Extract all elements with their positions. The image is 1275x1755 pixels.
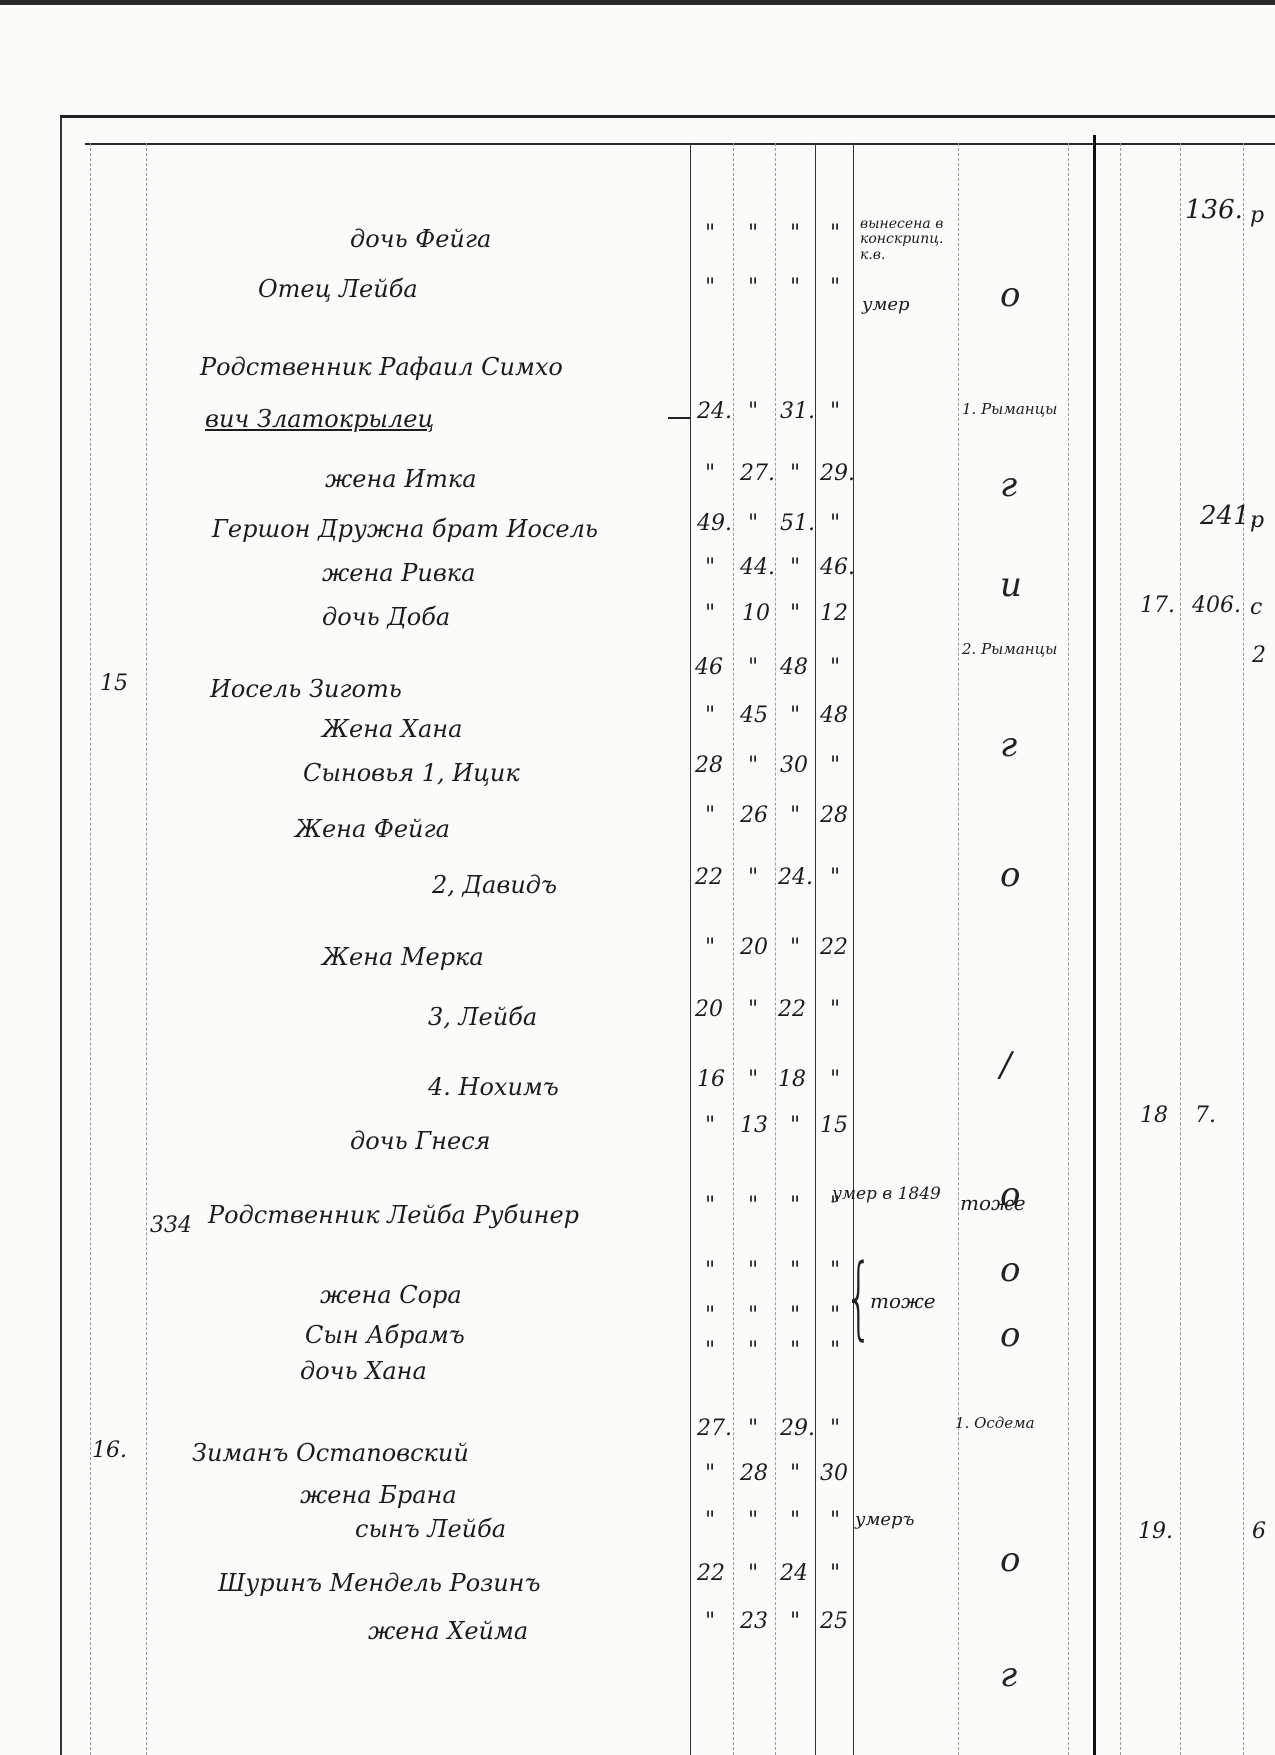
vertical-annotation-char: о <box>1000 1250 1020 1290</box>
vertical-annotation-char: и <box>1000 565 1022 605</box>
age-a: 28 <box>695 755 723 777</box>
col-line-right-a <box>1120 143 1122 1755</box>
age-d: " <box>830 513 840 535</box>
col-line-side <box>958 143 960 1755</box>
age-c: " <box>790 603 800 625</box>
col-line-right-b <box>1180 143 1182 1755</box>
entry-name: 4. Нохимъ <box>428 1075 559 1099</box>
side-note: 2. Рыманцы <box>962 641 1057 658</box>
age-a: 20 <box>695 999 723 1021</box>
age-a: " <box>705 705 715 727</box>
age-c: " <box>790 223 800 245</box>
right-b: 7. <box>1195 1105 1216 1127</box>
entry-name: сынъ Лейба <box>355 1517 506 1541</box>
age-a: " <box>705 1115 715 1137</box>
age-b: " <box>748 867 758 889</box>
entry-name: дочь Хана <box>300 1359 427 1383</box>
age-b: " <box>748 223 758 245</box>
age-c: " <box>790 805 800 827</box>
entry-name-line2: вич Златокрылец <box>205 407 434 431</box>
age-c: " <box>790 463 800 485</box>
entry-name: Жена Хана <box>322 717 462 741</box>
age-d: 28 <box>820 805 848 827</box>
age-d: 25 <box>820 1611 848 1633</box>
age-d: " <box>830 867 840 889</box>
age-a: 22 <box>695 867 723 889</box>
side-note: 1. Осдема <box>955 1415 1035 1432</box>
entry-name: Родственник Лейба Рубинер <box>208 1203 579 1227</box>
age-b: " <box>748 401 758 423</box>
entry-name: жена Сора <box>320 1283 462 1307</box>
age-b: 44. <box>740 557 775 579</box>
age-c: " <box>790 1260 800 1282</box>
age-c: 22 <box>778 999 806 1021</box>
age-c: 24 <box>780 1563 808 1585</box>
vertical-annotation-char: о <box>1000 1175 1020 1215</box>
age-c: 48 <box>780 657 808 679</box>
age-a: 46 <box>695 657 723 679</box>
age-a: " <box>705 1611 715 1633</box>
age-a: " <box>705 1340 715 1362</box>
right-c: р <box>1250 510 1264 532</box>
entry-name: Сыновья 1, Ицик <box>303 761 520 785</box>
right-c: с <box>1250 597 1262 619</box>
vertical-annotation-char: о <box>1000 1315 1020 1355</box>
frame-top-line <box>60 115 1275 118</box>
age-b: 20 <box>740 937 768 959</box>
age-a: " <box>705 805 715 827</box>
age-c: " <box>790 277 800 299</box>
age-d: 15 <box>820 1115 848 1137</box>
entry-name: дочь Фейга <box>350 227 491 251</box>
age-b: " <box>748 1305 758 1327</box>
vertical-annotation-char: о <box>1000 275 1020 315</box>
vertical-annotation-char: г <box>1000 725 1017 765</box>
col-line-remark <box>853 143 854 1755</box>
age-b: " <box>748 1340 758 1362</box>
col-line-a <box>690 143 691 1755</box>
age-c: 51. <box>780 513 815 535</box>
age-a: " <box>705 277 715 299</box>
age-a: " <box>705 223 715 245</box>
age-a: " <box>705 1510 715 1532</box>
age-d: 46. <box>820 557 855 579</box>
age-d: " <box>830 1340 840 1362</box>
vertical-annotation-char: о <box>1000 1540 1020 1580</box>
entry-name: Отец Лейба <box>258 277 418 301</box>
entry-name: жена Хейма <box>368 1619 528 1643</box>
age-b: " <box>748 755 758 777</box>
age-a: " <box>705 603 715 625</box>
entry-name: жена Итка <box>325 467 477 491</box>
remark: вынесена в конскрипц. к.в. <box>860 217 952 263</box>
entry-name: Сын Абрамъ <box>305 1323 465 1347</box>
age-c: " <box>790 1611 800 1633</box>
age-d: " <box>830 1069 840 1091</box>
age-b: " <box>748 277 758 299</box>
age-d: 48 <box>820 705 848 727</box>
age-b: " <box>748 513 758 535</box>
age-d: " <box>830 277 840 299</box>
age-a: " <box>705 937 715 959</box>
age-a: 27. <box>697 1418 732 1440</box>
age-c: 31. <box>780 401 815 423</box>
age-d: " <box>830 999 840 1021</box>
age-a: " <box>705 1463 715 1485</box>
col-line-vert <box>1068 143 1070 1755</box>
age-d: 22 <box>820 937 848 959</box>
right-a: 17. <box>1140 595 1175 617</box>
remark: умеръ <box>855 1510 915 1530</box>
age-d: " <box>830 1418 840 1440</box>
brace-icon: { <box>844 1253 873 1343</box>
entry-name: Жена Фейга <box>295 817 450 841</box>
age-a: 49. <box>697 513 732 535</box>
col-line-no <box>90 143 92 1755</box>
ledger-page: дочь Фейга " " " " вынесена в конскрипц.… <box>0 5 1275 1755</box>
age-d: " <box>830 1563 840 1585</box>
age-b: 26 <box>740 805 768 827</box>
right-a: 19. <box>1138 1521 1173 1543</box>
age-d: " <box>830 755 840 777</box>
col-line-b <box>733 143 735 1755</box>
age-d: " <box>830 1260 840 1282</box>
age-b: " <box>748 1510 758 1532</box>
entry-name: жена Брана <box>300 1483 457 1507</box>
connector-dash <box>668 417 690 419</box>
age-d: " <box>830 223 840 245</box>
age-c: " <box>790 1195 800 1217</box>
age-a: " <box>705 1195 715 1217</box>
age-b: " <box>748 1195 758 1217</box>
age-b: 13 <box>740 1115 768 1137</box>
right-a: 18 <box>1140 1105 1168 1127</box>
entry-name: 2, Давидъ <box>432 873 557 897</box>
age-d: " <box>830 1510 840 1532</box>
entry-name: дочь Доба <box>322 605 450 629</box>
thick-divider <box>1093 135 1096 1755</box>
col-line-right-c <box>1243 143 1245 1755</box>
age-c: " <box>790 937 800 959</box>
entry-name: жена Ривка <box>322 561 475 585</box>
vertical-annotation-char: о <box>1000 855 1020 895</box>
col-line-name <box>146 143 148 1755</box>
entry-name: Шуринъ Мендель Розинъ <box>218 1571 541 1595</box>
entry-number: 16. <box>92 1440 127 1462</box>
right-c: 6 <box>1252 1521 1266 1543</box>
age-c: " <box>790 557 800 579</box>
age-b: " <box>748 1418 758 1440</box>
age-a: " <box>705 1260 715 1282</box>
right-b: 136. <box>1185 197 1243 223</box>
entry-name: Зиманъ Остаповский <box>192 1441 469 1465</box>
right-b: 406. <box>1192 595 1241 617</box>
entry-number: 15 <box>100 673 128 695</box>
entry-number: 334 <box>150 1215 192 1237</box>
age-d: " <box>830 1305 840 1327</box>
age-c: " <box>790 705 800 727</box>
vertical-annotation-char: / <box>1000 1045 1011 1085</box>
age-c: 24. <box>778 867 813 889</box>
header-bottom-line <box>85 143 1275 145</box>
age-b: 28 <box>740 1463 768 1485</box>
age-c: " <box>790 1115 800 1137</box>
age-c: " <box>790 1340 800 1362</box>
age-c: " <box>790 1305 800 1327</box>
frame-left-line <box>60 117 62 1755</box>
age-a: " <box>705 557 715 579</box>
age-b: 45 <box>740 705 768 727</box>
age-d: " <box>830 657 840 679</box>
age-b: 27. <box>740 463 775 485</box>
age-b: " <box>748 1069 758 1091</box>
remark-same: тоже <box>870 1291 936 1311</box>
age-a: 22 <box>697 1563 725 1585</box>
entry-name: Гершон Дружна брат Иосель <box>212 517 598 541</box>
entry-name: Родственник Рафаил Симхо <box>200 355 563 379</box>
age-a: " <box>705 463 715 485</box>
vertical-annotation-char: г <box>1000 1655 1017 1695</box>
age-b: " <box>748 657 758 679</box>
remark: умер в 1849 <box>832 1185 942 1204</box>
age-d: 12 <box>820 603 848 625</box>
remark: умер <box>862 295 910 315</box>
entry-name: Жена Мерка <box>322 945 484 969</box>
col-line-d <box>815 143 816 1755</box>
age-a: " <box>705 1305 715 1327</box>
age-d: 29. <box>820 463 855 485</box>
age-b: 23 <box>740 1611 768 1633</box>
age-c: " <box>790 1463 800 1485</box>
age-b: " <box>748 1563 758 1585</box>
age-b: 10 <box>742 603 770 625</box>
age-c: " <box>790 1510 800 1532</box>
vertical-annotation-char: г <box>1000 465 1017 505</box>
age-b: " <box>748 1260 758 1282</box>
age-a: 24. <box>697 401 732 423</box>
right-c: р <box>1250 205 1264 227</box>
age-c: 29. <box>780 1418 815 1440</box>
col-line-c <box>775 143 777 1755</box>
age-d: 30 <box>820 1463 848 1485</box>
age-b: " <box>748 999 758 1021</box>
side-note: 1. Рыманцы <box>962 401 1057 418</box>
right-c: 2 <box>1252 645 1266 667</box>
age-c: 30 <box>780 755 808 777</box>
age-c: 18 <box>778 1069 806 1091</box>
age-a: 16 <box>697 1069 725 1091</box>
entry-name: 3, Лейба <box>428 1005 537 1029</box>
entry-name: Иосель Зиготь <box>210 677 402 701</box>
entry-name: дочь Гнеся <box>350 1129 491 1153</box>
age-d: " <box>830 401 840 423</box>
